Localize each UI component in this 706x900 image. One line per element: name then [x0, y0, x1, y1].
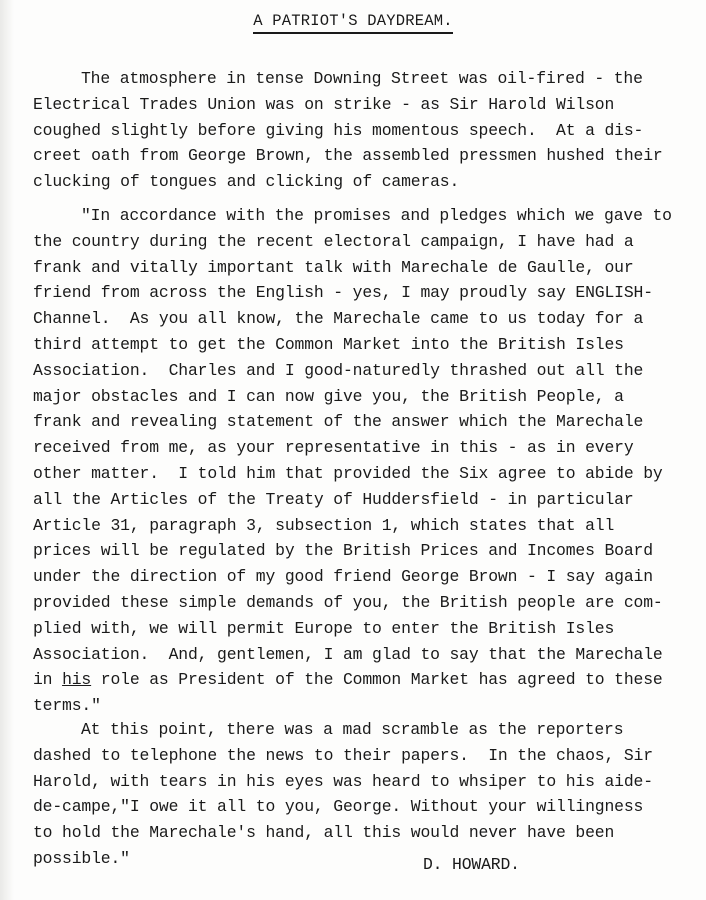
text-line: Harold, with tears in his eyes was heard… — [33, 769, 693, 795]
text-line: plied with, we will permit Europe to ent… — [33, 616, 693, 642]
text-line: Electrical Trades Union was on strike - … — [33, 92, 693, 118]
text-line: received from me, as your representative… — [33, 435, 693, 461]
underlined-word: his — [62, 670, 91, 689]
text-line: frank and vitally important talk with Ma… — [33, 255, 693, 281]
text-line: clucking of tongues and clicking of came… — [33, 169, 693, 195]
text-line: third attempt to get the Common Market i… — [33, 332, 693, 358]
text-line: provided these simple demands of you, th… — [33, 590, 693, 616]
text-line: Association. Charles and I good-naturedl… — [33, 358, 693, 384]
document-title: A PATRIOT'S DAYDREAM. — [0, 12, 706, 30]
text-segment: in — [33, 670, 62, 689]
text-line: under the direction of my good friend Ge… — [33, 564, 693, 590]
text-line: possible." — [33, 846, 693, 872]
paragraph-1: The atmosphere in tense Downing Street w… — [33, 66, 693, 195]
text-line: the country during the recent electoral … — [33, 229, 693, 255]
text-line: Association. And, gentlemen, I am glad t… — [33, 642, 693, 668]
text-line: friend from across the English - yes, I … — [33, 280, 693, 306]
text-line: Article 31, paragraph 3, subsection 1, w… — [33, 513, 693, 539]
scan-edge-shadow — [0, 0, 14, 900]
text-line: "In accordance with the promises and ple… — [33, 203, 693, 229]
title-text: A PATRIOT'S DAYDREAM. — [253, 12, 453, 34]
text-segment: role as President of the Common Market h… — [91, 670, 662, 689]
document-page: A PATRIOT'S DAYDREAM. The atmosphere in … — [0, 0, 706, 900]
text-line: frank and revealing statement of the ans… — [33, 409, 693, 435]
text-line: At this point, there was a mad scramble … — [33, 717, 693, 743]
text-line: other matter. I told him that provided t… — [33, 461, 693, 487]
text-line: coughed slightly before giving his momen… — [33, 118, 693, 144]
paragraph-3: At this point, there was a mad scramble … — [33, 717, 693, 872]
text-line: terms." — [33, 693, 693, 719]
text-line: The atmosphere in tense Downing Street w… — [33, 66, 693, 92]
text-line: all the Articles of the Treaty of Hudder… — [33, 487, 693, 513]
signature: D. HOWARD. — [423, 855, 520, 874]
text-line: dashed to telephone the news to their pa… — [33, 743, 693, 769]
text-line: Channel. As you all know, the Marechale … — [33, 306, 693, 332]
paragraph-2: "In accordance with the promises and ple… — [33, 203, 693, 719]
text-line: major obstacles and I can now give you, … — [33, 384, 693, 410]
text-line: creet oath from George Brown, the assemb… — [33, 143, 693, 169]
text-line: prices will be regulated by the British … — [33, 538, 693, 564]
text-line: in his role as President of the Common M… — [33, 667, 693, 693]
text-line: to hold the Marechale's hand, all this w… — [33, 820, 693, 846]
text-line: de-campe,"I owe it all to you, George. W… — [33, 794, 693, 820]
